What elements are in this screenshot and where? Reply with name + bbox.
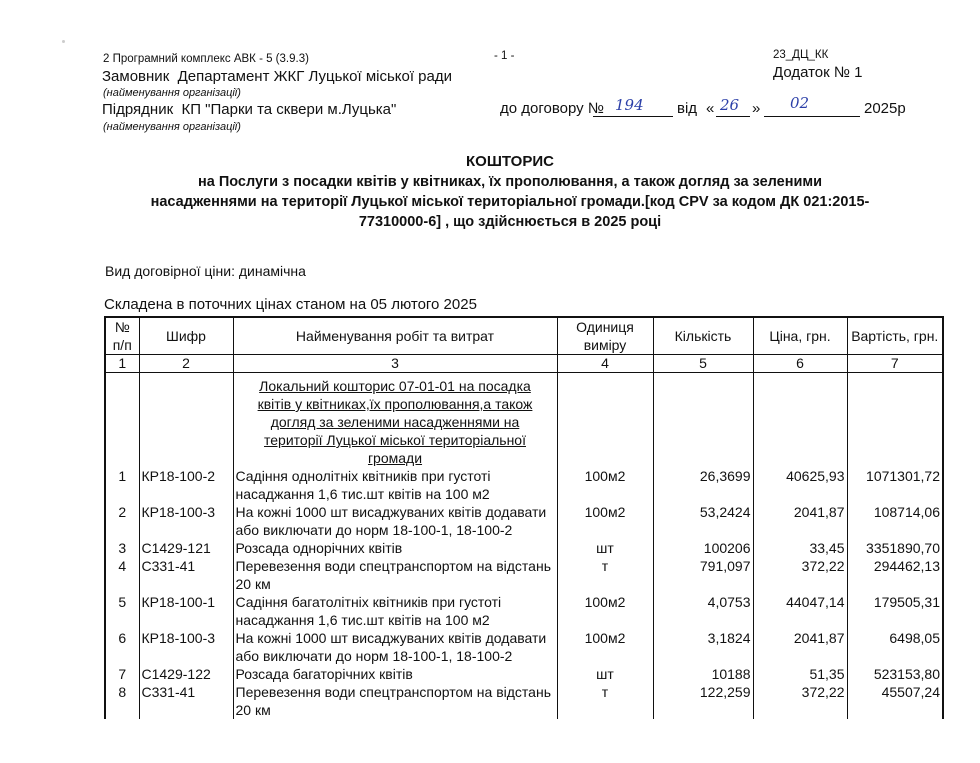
col-header-qty: Кількість <box>653 317 753 355</box>
row-qty: 122,259 <box>653 683 753 719</box>
column-number-row: 1 2 3 4 5 6 7 <box>105 355 943 373</box>
price-type: Вид договірної ціни: динамічна <box>105 263 306 279</box>
row-unit: 100м2 <box>557 593 653 629</box>
row-cost: 1071301,72 <box>847 467 943 503</box>
row-number: 5 <box>105 593 139 629</box>
row-cost: 45507,24 <box>847 683 943 719</box>
row-price: 40625,93 <box>753 467 847 503</box>
row-name: На кожні 1000 шт висаджуваних квітів дод… <box>233 629 557 665</box>
row-code: С331-41 <box>139 683 233 719</box>
table-row: 7С1429-122Розсада багаторічних квітівшт1… <box>105 665 943 683</box>
contract-prefix: до договору № <box>500 100 604 117</box>
col-num-1: 1 <box>105 355 139 373</box>
row-name: Розсада багаторічних квітів <box>233 665 557 683</box>
customer-line: Замовник Департамент ЖКГ Луцької міської… <box>102 68 452 85</box>
from-label: від <box>677 100 697 117</box>
row-price: 2041,87 <box>753 503 847 539</box>
col-header-unit: Одиниця виміру <box>557 317 653 355</box>
scan-speck <box>62 40 65 43</box>
table-row: 8С331-41Перевезення води спецтранспортом… <box>105 683 943 719</box>
table-row: 5КР18-100-1Садіння багатолітніх квітникі… <box>105 593 943 629</box>
row-qty: 26,3699 <box>653 467 753 503</box>
section-row: Локальний кошторис 07-01-01 на посадка к… <box>105 373 943 468</box>
table-row: 6КР18-100-3На кожні 1000 шт висаджуваних… <box>105 629 943 665</box>
table-row: 2КР18-100-3На кожні 1000 шт висаджуваних… <box>105 503 943 539</box>
title-line-1: на Послуги з посадки квітів у квітниках,… <box>100 172 920 192</box>
col-num-7: 7 <box>847 355 943 373</box>
row-code: КР18-100-1 <box>139 593 233 629</box>
row-qty: 791,097 <box>653 557 753 593</box>
row-qty: 53,2424 <box>653 503 753 539</box>
row-price: 33,45 <box>753 539 847 557</box>
contract-day: 26 <box>720 96 739 114</box>
contractor-caption: (найменування організації) <box>103 121 241 133</box>
row-number: 7 <box>105 665 139 683</box>
row-cost: 523153,80 <box>847 665 943 683</box>
document-title: КОШТОРИС на Послуги з посадки квітів у к… <box>100 152 920 232</box>
col-num-2: 2 <box>139 355 233 373</box>
row-number: 6 <box>105 629 139 665</box>
row-number: 1 <box>105 467 139 503</box>
col-num-3: 3 <box>233 355 557 373</box>
row-unit: 100м2 <box>557 467 653 503</box>
row-unit: шт <box>557 539 653 557</box>
row-code: С1429-122 <box>139 665 233 683</box>
title-line-3: 77310000-6] , що здійснюється в 2025 роц… <box>100 212 920 232</box>
row-cost: 108714,06 <box>847 503 943 539</box>
row-price: 2041,87 <box>753 629 847 665</box>
row-unit: т <box>557 683 653 719</box>
row-price: 372,22 <box>753 557 847 593</box>
row-cost: 6498,05 <box>847 629 943 665</box>
row-qty: 100206 <box>653 539 753 557</box>
col-header-cost: Вартість, грн. <box>847 317 943 355</box>
row-qty: 4,0753 <box>653 593 753 629</box>
title-line-2: насадженнями на території Луцької місько… <box>100 192 920 212</box>
row-price: 372,22 <box>753 683 847 719</box>
row-name: Перевезення води спецтранспортом на відс… <box>233 557 557 593</box>
customer-name: Департамент ЖКГ Луцької міської ради <box>178 68 452 85</box>
contract-month: 02 <box>790 94 809 112</box>
row-code: КР18-100-2 <box>139 467 233 503</box>
row-price: 44047,14 <box>753 593 847 629</box>
row-unit: т <box>557 557 653 593</box>
row-name: На кожні 1000 шт висаджуваних квітів дод… <box>233 503 557 539</box>
col-header-no: № п/п <box>105 317 139 355</box>
row-name: Садіння багатолітніх квітників при густо… <box>233 593 557 629</box>
row-unit: шт <box>557 665 653 683</box>
appendix-label: Додаток № 1 <box>773 64 862 81</box>
row-name: Садіння однолітніх квітників при густоті… <box>233 467 557 503</box>
contract-year: 2025р <box>864 100 906 117</box>
row-qty: 10188 <box>653 665 753 683</box>
col-header-code: Шифр <box>139 317 233 355</box>
title-heading: КОШТОРИС <box>100 152 920 172</box>
col-header-name: Найменування робіт та витрат <box>233 317 557 355</box>
doc-code: 23_ДЦ_КК <box>773 49 828 61</box>
row-code: КР18-100-3 <box>139 629 233 665</box>
col-num-6: 6 <box>753 355 847 373</box>
row-unit: 100м2 <box>557 629 653 665</box>
row-number: 3 <box>105 539 139 557</box>
close-quote: » <box>752 100 760 117</box>
row-number: 4 <box>105 557 139 593</box>
table-row: 1КР18-100-2Садіння однолітніх квітників … <box>105 467 943 503</box>
contract-number: 194 <box>615 96 644 114</box>
contractor-name: КП "Парки та сквери м.Луцька" <box>181 101 396 118</box>
section-title: Локальний кошторис 07-01-01 на посадка к… <box>233 373 557 468</box>
row-unit: 100м2 <box>557 503 653 539</box>
row-cost: 179505,31 <box>847 593 943 629</box>
software-label: 2 Програмний комплекс АВК - 5 (3.9.3) <box>103 53 309 65</box>
table-row: 4С331-41Перевезення води спецтранспортом… <box>105 557 943 593</box>
col-num-5: 5 <box>653 355 753 373</box>
row-code: С331-41 <box>139 557 233 593</box>
prices-as-of: Складена в поточних цінах станом на 05 л… <box>104 296 477 313</box>
col-num-4: 4 <box>557 355 653 373</box>
contractor-label: Підрядник <box>102 101 173 118</box>
row-qty: 3,1824 <box>653 629 753 665</box>
customer-caption: (найменування організації) <box>103 87 241 99</box>
row-cost: 3351890,70 <box>847 539 943 557</box>
row-cost: 294462,13 <box>847 557 943 593</box>
row-name: Розсада однорічних квітів <box>233 539 557 557</box>
row-price: 51,35 <box>753 665 847 683</box>
row-code: КР18-100-3 <box>139 503 233 539</box>
contractor-line: Підрядник КП "Парки та сквери м.Луцька" <box>102 101 396 118</box>
customer-label: Замовник <box>102 68 169 85</box>
page-number: - 1 - <box>494 50 514 62</box>
open-quote: « <box>706 100 714 117</box>
row-number: 8 <box>105 683 139 719</box>
row-code: С1429-121 <box>139 539 233 557</box>
col-header-price: Ціна, грн. <box>753 317 847 355</box>
table-row: 3С1429-121Розсада однорічних квітівшт100… <box>105 539 943 557</box>
row-name: Перевезення води спецтранспортом на відс… <box>233 683 557 719</box>
table-header-row: № п/п Шифр Найменування робіт та витрат … <box>105 317 943 355</box>
estimate-table: № п/п Шифр Найменування робіт та витрат … <box>104 316 944 719</box>
row-number: 2 <box>105 503 139 539</box>
